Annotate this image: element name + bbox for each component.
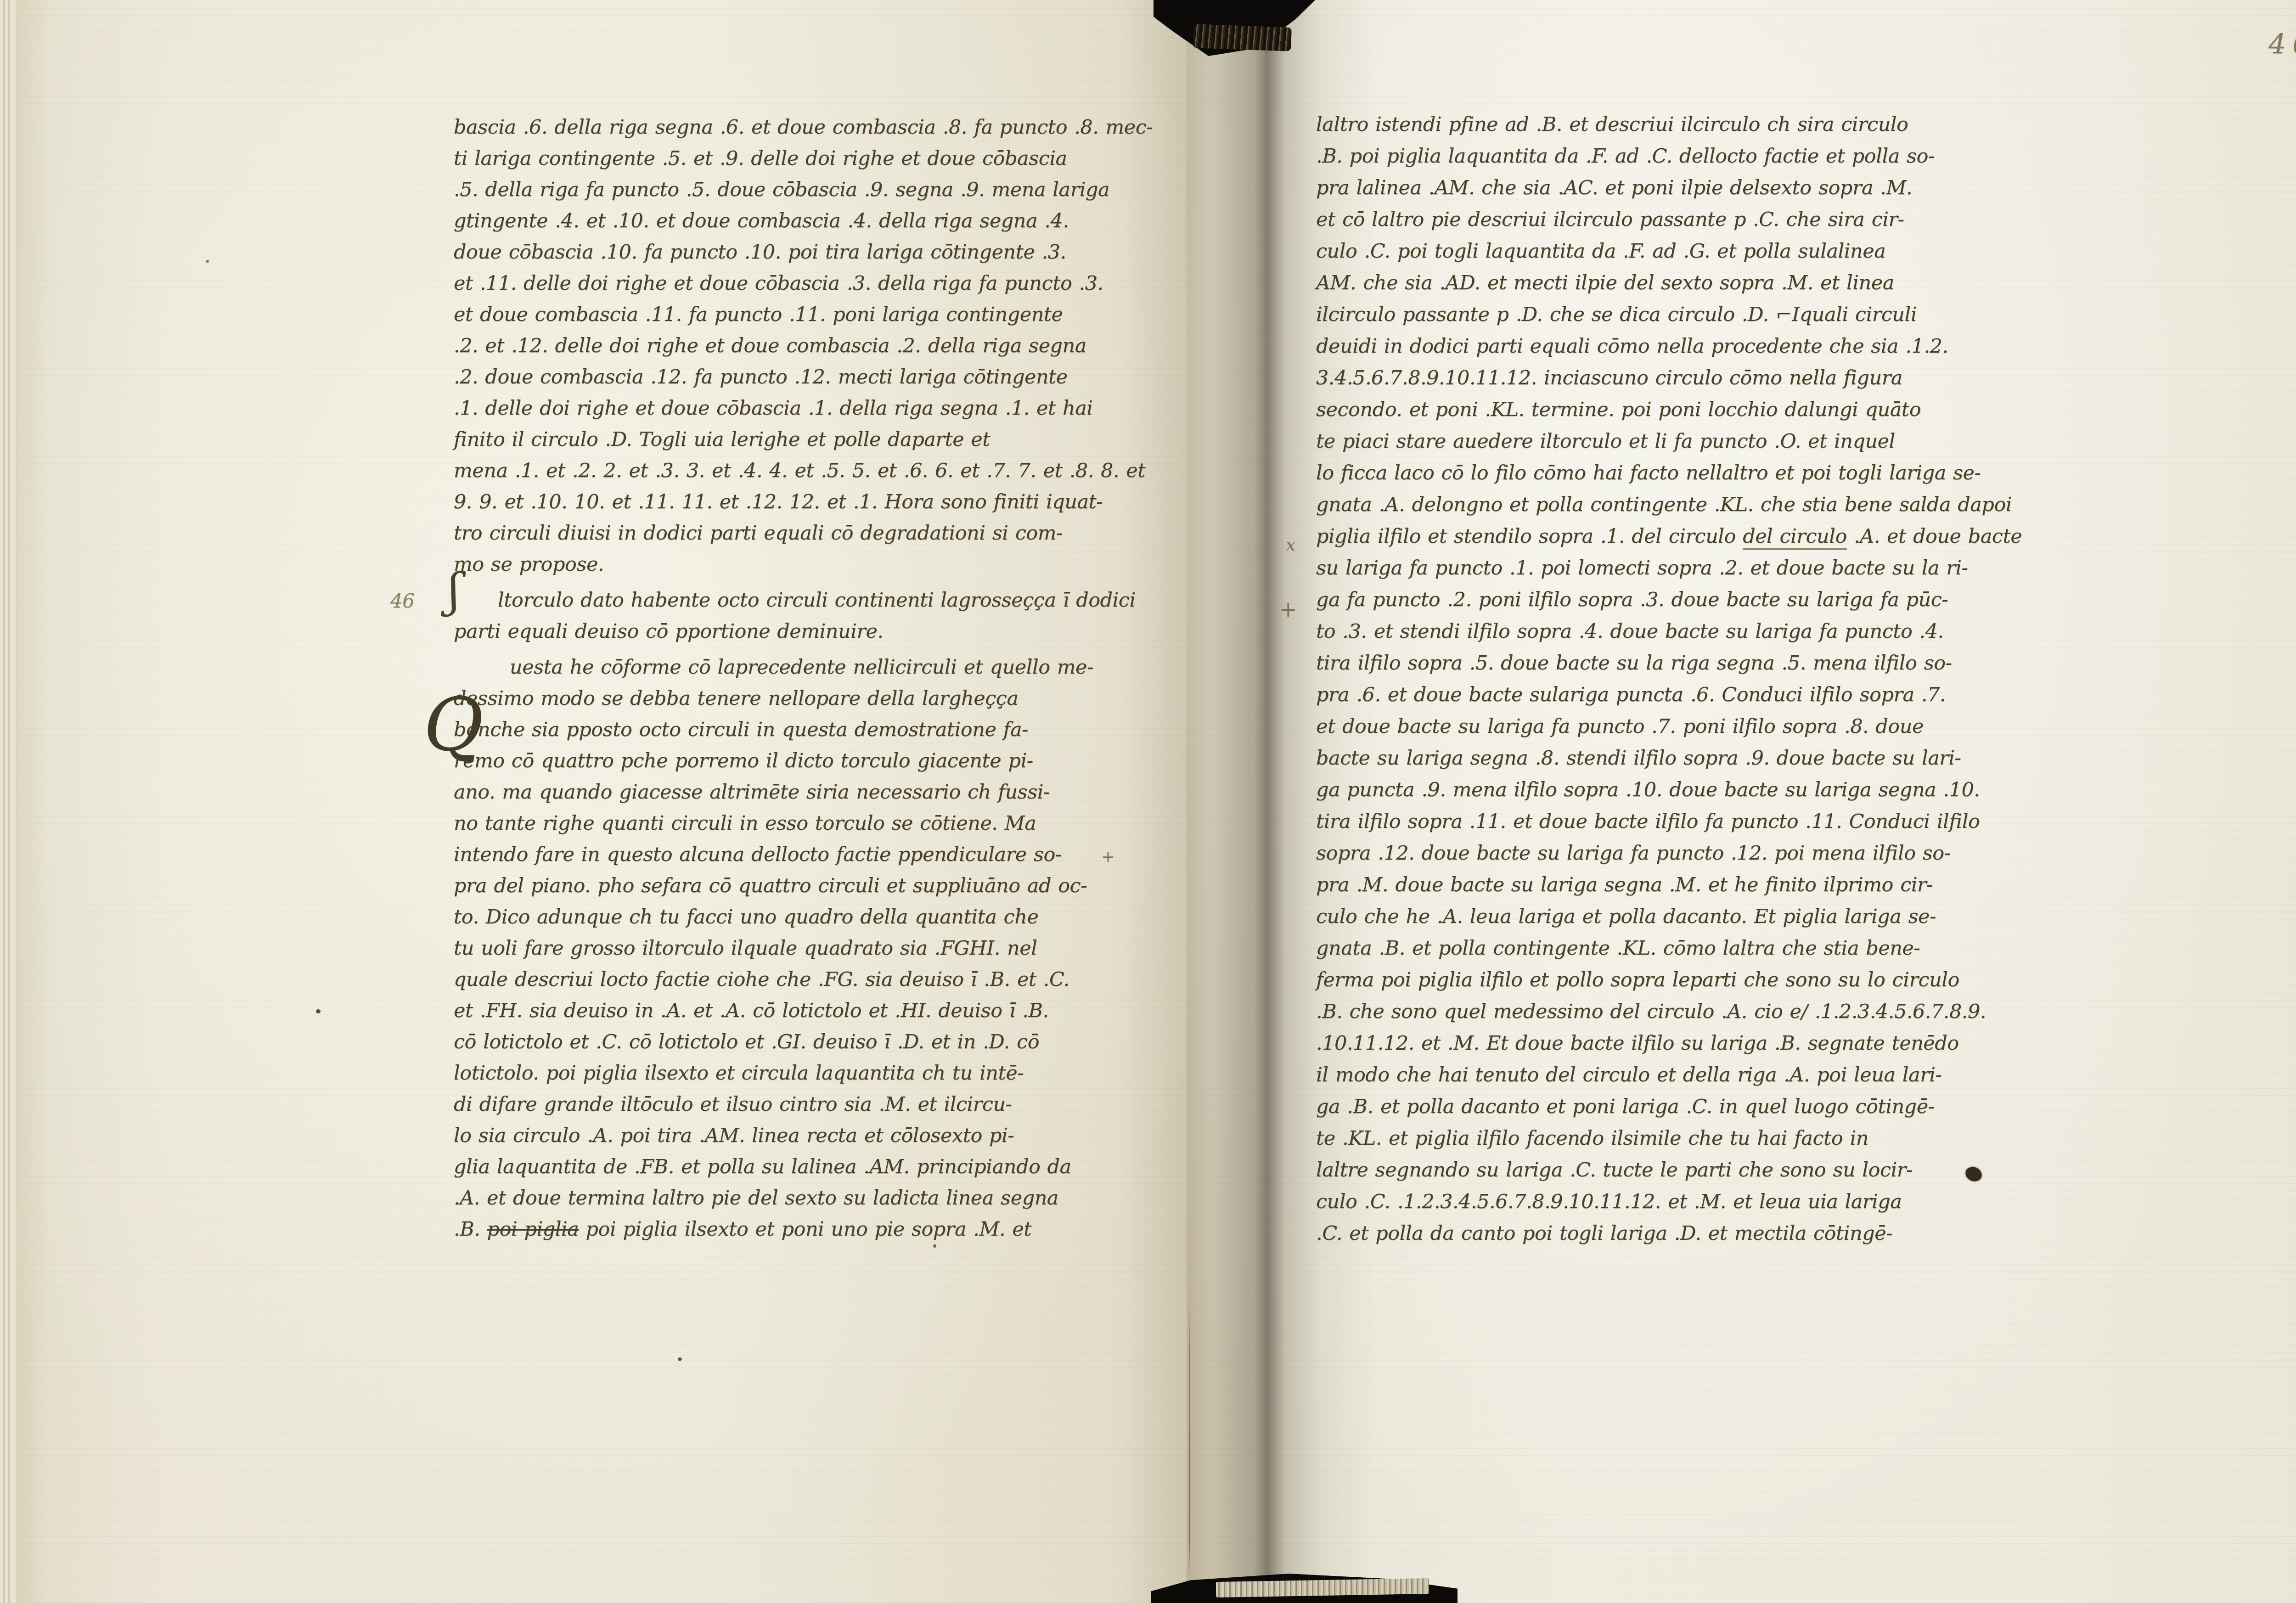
manuscript-line: to. Dico adunque ch tu facci uno quadro … <box>454 906 1142 937</box>
manuscript-line: ltorculo dato habente octo circuli conti… <box>454 589 1142 620</box>
manuscript-line: su lariga fa puncto .1. poi lomecti sopr… <box>1316 557 2005 588</box>
manuscript-line: quale descriui locto factie ciohe che .F… <box>454 968 1142 999</box>
manuscript-line: cō lotictolo et .C. cō lotictolo et .GI.… <box>454 1030 1142 1062</box>
manuscript-line: lo ficca laco cō lo filo cōmo hai facto … <box>1316 461 2005 493</box>
manuscript-line: tu uoli fare grosso iltorculo ilquale qu… <box>454 937 1142 968</box>
manuscript-line: tro circuli diuisi in dodici parti equal… <box>454 522 1142 553</box>
manuscript-line: parti equali deuiso cō pportione deminui… <box>454 620 1142 651</box>
manuscript-line: ti lariga contingente .5. et .9. delle d… <box>454 147 1142 178</box>
manuscript-line: piglia ilfilo et stendilo sopra .1. del … <box>1316 525 2005 557</box>
manuscript-line: deuidi in dodici parti equali cōmo nella… <box>1316 335 2005 366</box>
manuscript-line: ano. ma quando giacesse altrimēte siria … <box>454 781 1142 812</box>
ink-speck <box>933 1244 936 1248</box>
manuscript-line: mena .1. et .2. 2. et .3. 3. et .4. 4. e… <box>454 459 1142 490</box>
manuscript-line: pra .6. et doue bacte sulariga puncta .6… <box>1316 683 2005 715</box>
manuscript-line: gtingente .4. et .10. et doue combascia … <box>454 209 1142 241</box>
manuscript-line: uesta he cōforme cō laprecedente nellici… <box>454 656 1142 687</box>
manuscript-line: et .FH. sia deuiso in .A. et .A. cō loti… <box>454 999 1142 1030</box>
manuscript-line: remo cō quattro pche porremo il dicto to… <box>454 749 1142 781</box>
manuscript-line: no tante righe quanti circuli in esso to… <box>454 812 1142 843</box>
ink-speck <box>678 1357 682 1361</box>
manuscript-line: dessimo modo se debba tenere nellopare d… <box>454 687 1142 718</box>
manuscript-line: te piaci stare auedere iltorculo et li f… <box>1316 430 2005 461</box>
manuscript-line: laltro istendi pfine ad .B. et descriui … <box>1316 113 2005 145</box>
manuscript-line: .B. che sono quel medessimo del circulo … <box>1316 1000 2005 1032</box>
manuscript-line: ga .B. et polla dacanto et poni lariga .… <box>1316 1095 2005 1127</box>
left-page-text-block-1: bascia .6. della riga segna .6. et doue … <box>454 116 1142 584</box>
manuscript-line: mo se propose. <box>454 553 1142 584</box>
manuscript-line: secondo. et poni .KL. termine. poi poni … <box>1316 398 2005 430</box>
manuscript-line: sopra .12. doue bacte su lariga fa punct… <box>1316 842 2005 873</box>
manuscript-line: tira ilfilo sopra .11. et doue bacte ilf… <box>1316 810 2005 842</box>
manuscript-line: et doue bacte su lariga fa puncto .7. po… <box>1316 715 2005 747</box>
manuscript-line: .1. delle doi righe et doue cōbascia .1.… <box>454 397 1142 428</box>
manuscript-photo: 46 46 ʃ Q x + + bascia .6. della riga se… <box>0 0 2296 1603</box>
manuscript-line: pra lalinea .AM. che sia .AC. et poni il… <box>1316 176 2005 208</box>
manuscript-line: lo sia circulo .A. poi tira .AM. linea r… <box>454 1124 1142 1155</box>
manuscript-line: .C. et polla da canto poi togli lariga .… <box>1316 1222 2005 1254</box>
left-page-text-block-2: uesta he cōforme cō laprecedente nellici… <box>454 656 1142 1249</box>
manuscript-line: 3.4.5.6.7.8.9.10.11.12. inciascuno circu… <box>1316 366 2005 398</box>
headband <box>1193 24 1292 51</box>
manuscript-line: et .11. delle doi righe et doue cōbascia… <box>454 272 1142 303</box>
manuscript-line: ga puncta .9. mena ilfilo sopra .10. dou… <box>1316 778 2005 810</box>
ink-speck <box>316 1009 321 1013</box>
manuscript-line: gnata .A. delongno et polla contingente … <box>1316 493 2005 525</box>
manuscript-line: ga fa puncto .2. poni ilfilo sopra .3. d… <box>1316 588 2005 620</box>
manuscript-line: .A. et doue termina laltro pie del sexto… <box>454 1187 1142 1218</box>
left-page-heading-block: ltorculo dato habente octo circuli conti… <box>454 589 1142 651</box>
manuscript-line: ferma poi piglia ilfilo et pollo sopra l… <box>1316 968 2005 1000</box>
manuscript-line: pra del piano. pho sefara cō quattro cir… <box>454 874 1142 906</box>
manuscript-line: AM. che sia .AD. et mecti ilpie del sext… <box>1316 271 2005 303</box>
manuscript-line: bacte su lariga segna .8. stendi ilfilo … <box>1316 747 2005 778</box>
manuscript-line: tira ilfilo sopra .5. doue bacte su la r… <box>1316 652 2005 683</box>
folio-number: 46 <box>2268 28 2296 61</box>
manuscript-line: .2. et .12. delle doi righe et doue comb… <box>454 334 1142 366</box>
manuscript-line: ilcirculo passante p .D. che se dica cir… <box>1316 303 2005 335</box>
left-margin-chapter-number: 46 <box>390 590 414 612</box>
manuscript-line: glia laquantita de .FB. et polla su lali… <box>454 1155 1142 1187</box>
manuscript-line: bascia .6. della riga segna .6. et doue … <box>454 116 1142 147</box>
manuscript-line: di difare grande iltōculo et ilsuo cintr… <box>454 1093 1142 1124</box>
manuscript-line: il modo che hai tenuto del circulo et de… <box>1316 1063 2005 1095</box>
manuscript-line: .2. doue combascia .12. fa puncto .12. m… <box>454 366 1142 397</box>
manuscript-line: laltre segnando su lariga .C. tucte le p… <box>1316 1159 2005 1190</box>
right-page-margin-x-mark: x <box>1286 534 1295 555</box>
manuscript-line: doue cōbascia .10. fa puncto .10. poi ti… <box>454 241 1142 272</box>
manuscript-line: .B. poi piglia laquantita da .F. ad .C. … <box>1316 145 2005 176</box>
manuscript-line: gnata .B. et polla contingente .KL. cōmo… <box>1316 937 2005 968</box>
page-stack-edges <box>0 0 21 1603</box>
leaf-edge-line <box>1189 1304 1190 1575</box>
manuscript-line: pra .M. doue bacte su lariga segna .M. e… <box>1316 873 2005 905</box>
manuscript-line: te .KL. et piglia ilfilo facendo ilsimil… <box>1316 1127 2005 1159</box>
manuscript-line: 9. 9. et .10. 10. et .11. 11. et .12. 12… <box>454 490 1142 522</box>
manuscript-line: intendo fare in questo alcuna dellocto f… <box>454 843 1142 874</box>
right-page-text-block: laltro istendi pfine ad .B. et descriui … <box>1316 113 2005 1254</box>
manuscript-line: culo che he .A. leua lariga et polla dac… <box>1316 905 2005 937</box>
manuscript-line: .B. poi piglia poi piglia ilsexto et pon… <box>454 1218 1142 1249</box>
manuscript-line: et doue combascia .11. fa puncto .11. po… <box>454 303 1142 334</box>
manuscript-line: culo .C. poi togli laquantita da .F. ad … <box>1316 240 2005 271</box>
ink-speck <box>206 260 209 263</box>
manuscript-line: lotictolo. poi piglia ilsexto et circula… <box>454 1062 1142 1093</box>
manuscript-line: culo .C. .1.2.3.4.5.6.7.8.9.10.11.12. et… <box>1316 1190 2005 1222</box>
right-page-margin-plus-mark: + <box>1279 597 1297 622</box>
manuscript-line: et cō laltro pie descriui ilcirculo pass… <box>1316 208 2005 240</box>
manuscript-line: to .3. et stendi ilfilo sopra .4. doue b… <box>1316 620 2005 652</box>
manuscript-line: .5. della riga fa puncto .5. doue cōbasc… <box>454 178 1142 209</box>
manuscript-line: finito il circulo .D. Togli uia lerighe … <box>454 428 1142 459</box>
manuscript-line: .10.11.12. et .M. Et doue bacte ilfilo s… <box>1316 1032 2005 1063</box>
manuscript-line: benche sia pposto octo circuli in questa… <box>454 718 1142 749</box>
